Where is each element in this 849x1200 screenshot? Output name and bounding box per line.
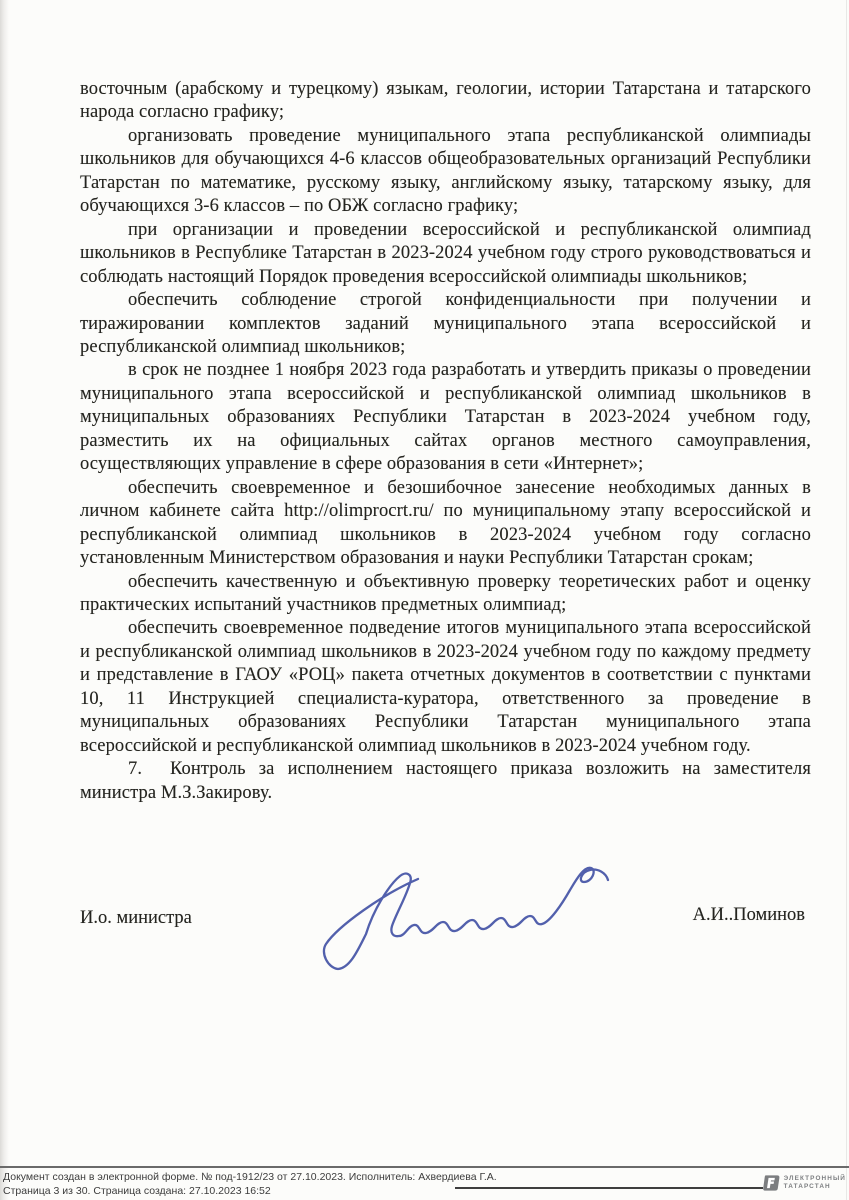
logo-text: ЭЛЕКТРОННЫЙ ТАТАРСТАН	[784, 1175, 846, 1191]
document-body: восточным (арабскому и турецкому) языкам…	[80, 78, 811, 805]
electronic-tatarstan-logo: ЭЛЕКТРОННЫЙ ТАТАРСТАН	[762, 1174, 846, 1192]
paragraph-item-7: 7. Контроль за исполнением настоящего пр…	[80, 758, 811, 805]
paragraph: обеспечить соблюдение строгой конфиденци…	[80, 289, 811, 359]
electronic-tatarstan-logo-icon	[762, 1174, 781, 1192]
paragraph: в срок не позднее 1 ноября 2023 года раз…	[80, 359, 811, 476]
document-page: восточным (арабскому и турецкому) языкам…	[0, 0, 849, 1200]
signature-ink	[278, 856, 610, 980]
scan-edge-right	[846, 0, 847, 1200]
scan-edge-left	[0, 0, 9, 1200]
logo-text-line1: ЭЛЕКТРОННЫЙ	[784, 1175, 846, 1183]
logo-text-line2: ТАТАРСТАН	[784, 1183, 846, 1191]
paragraph: при организации и проведении всероссийск…	[80, 219, 811, 289]
acting-minister-label: И.о. министра	[80, 908, 192, 929]
footer-doc-info: Документ создан в электронной форме. № п…	[3, 1171, 497, 1183]
signatory-name: А.И..Поминов	[693, 905, 805, 926]
paragraph: восточным (арабскому и турецкому) языкам…	[80, 78, 811, 125]
paragraph: организовать проведение муниципального э…	[80, 125, 811, 219]
footer-top-rule	[0, 1166, 849, 1168]
footer-page-info: Страница 3 из 30. Страница создана: 27.1…	[3, 1185, 271, 1197]
paragraph: обеспечить своевременное подведение итог…	[80, 617, 811, 758]
paragraph: обеспечить качественную и объективную пр…	[80, 571, 811, 618]
paragraph: обеспечить своевременное и безошибочное …	[80, 477, 811, 571]
footer-underline	[455, 1187, 763, 1189]
